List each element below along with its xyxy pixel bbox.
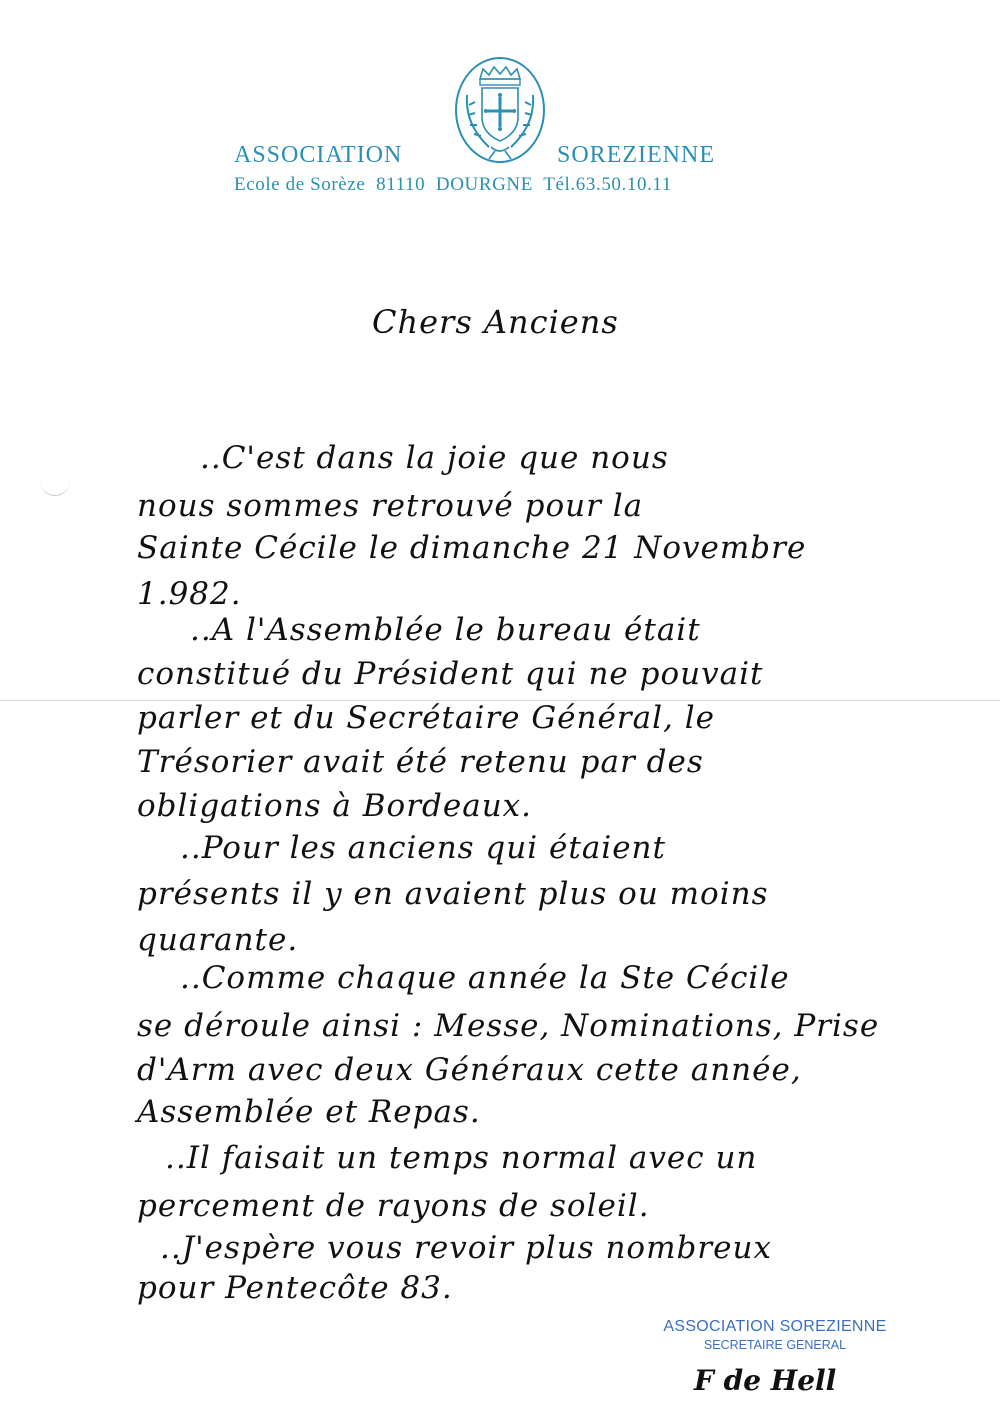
letter-line: ..C'est dans la joie que nous: [200, 440, 669, 476]
letter-line: ..Il faisait un temps normal avec un: [165, 1140, 757, 1176]
letter-line: Assemblée et Repas.: [137, 1094, 481, 1130]
letter-line: Trésorier avait été retenu par des: [137, 744, 704, 780]
letter-line: obligations à Bordeaux.: [137, 788, 532, 824]
stamp-org: ASSOCIATION SOREZIENNE: [620, 1318, 930, 1336]
letter-line: ..A l'Assemblée le bureau était: [190, 612, 701, 648]
letterhead: ASSOCIATION SOREZIENNE Ecole de Sorèze 8…: [0, 0, 1000, 210]
letter-line: ..Comme chaque année la Ste Cécile: [180, 960, 790, 996]
org-name-right: SOREZIENNE: [557, 142, 715, 169]
letter-line: 1.982.: [137, 576, 242, 612]
letter-line: nous sommes retrouvé pour la: [137, 488, 643, 524]
letter-line: d'Arm avec deux Généraux cette année,: [137, 1052, 802, 1088]
salutation: Chers Anciens: [372, 303, 619, 341]
letter-line: quarante.: [137, 922, 298, 958]
letterhead-address: Ecole de Sorèze 81110 DOURGNE Tél.63.50.…: [234, 174, 672, 196]
letter-line: constitué du Président qui ne pouvait: [137, 656, 763, 692]
letter-line: présents il y en avaient plus ou moins: [137, 876, 769, 912]
letter-line: se déroule ainsi : Messe, Nominations, P…: [137, 1008, 879, 1044]
org-name-left: ASSOCIATION: [234, 142, 402, 169]
letter-line: ..J'espère vous revoir plus nombreux: [160, 1230, 772, 1266]
signature: F de Hell: [694, 1364, 836, 1397]
paper-mark: [40, 465, 70, 496]
coat-of-arms-icon: [453, 55, 547, 165]
letter-line: parler et du Secrétaire Général, le: [137, 700, 715, 736]
letter-line: Sainte Cécile le dimanche 21 Novembre: [137, 530, 806, 566]
stamp-title: SECRETAIRE GENERAL: [620, 1338, 930, 1352]
letter-line: pour Pentecôte 83.: [137, 1270, 453, 1306]
letter-line: ..Pour les anciens qui étaient: [180, 830, 666, 866]
letter-line: percement de rayons de soleil.: [137, 1188, 650, 1224]
stamp: ASSOCIATION SOREZIENNE SECRETAIRE GENERA…: [620, 1318, 930, 1352]
